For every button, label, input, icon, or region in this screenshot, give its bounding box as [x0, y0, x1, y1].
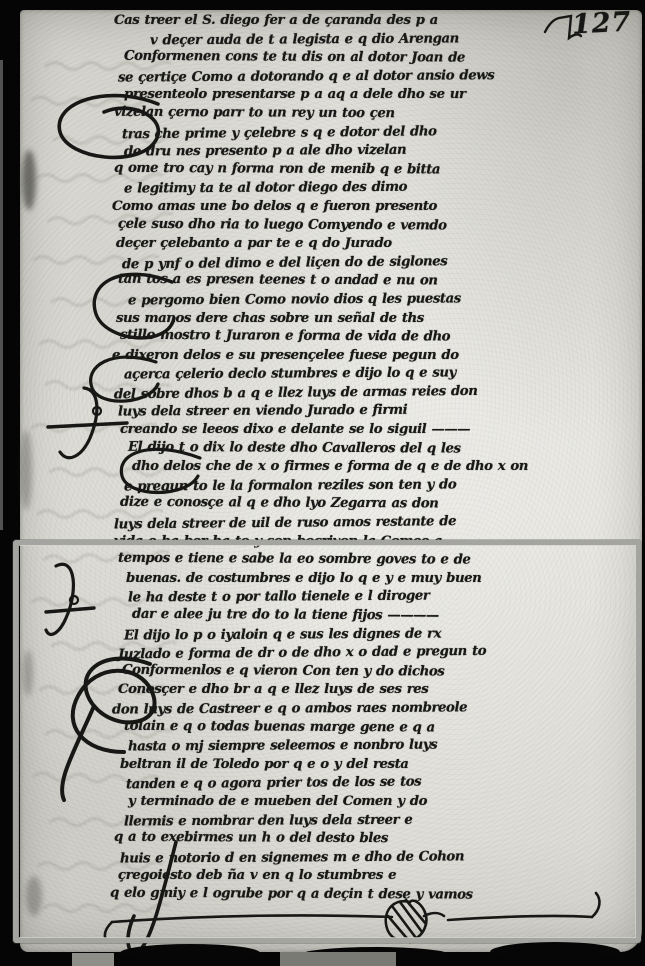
- manuscript-line: e legitimy ta te al dotor diego des dimo: [86, 178, 638, 200]
- page-edge-left: [0, 60, 3, 530]
- paper-edge-bump: [490, 942, 620, 962]
- manuscript-line: çele suso dho ria to luego Comyendo e ve…: [86, 215, 638, 236]
- gutter-smudge: [26, 876, 42, 916]
- manuscript-line: y terminado de e mueben del Comen y do: [86, 793, 638, 812]
- manuscript-line: dar e alee ju tre do to la tiene fijos —…: [86, 606, 638, 627]
- folio-number: 127: [571, 6, 632, 40]
- binding-tab: [72, 953, 114, 966]
- binding-tab: [280, 952, 396, 966]
- manuscript-line: e dixeron delos e su presençelee fuese p…: [86, 347, 638, 366]
- manuscript-line: don luys de Castreer e q o ambos raes no…: [86, 698, 638, 720]
- manuscript-line: deçer çelebanto a par te e q do Jurado: [86, 235, 638, 254]
- manuscript-line: Cas treer el S. diego fer a de çaranda d…: [86, 12, 638, 31]
- manuscript-lines: Cas treer el S. diego fer a de çaranda d…: [86, 12, 638, 916]
- manuscript-line: creando se leeos dixo e delante se lo si…: [86, 421, 638, 440]
- manuscript-line: q elo gmiy e l ogrube por q a deçin t de…: [86, 884, 638, 905]
- gutter-smudge: [23, 650, 33, 696]
- manuscript-line: hasta o mj siempre seleemos e nonbro luy…: [86, 735, 638, 757]
- manuscript-line: El dijo t o dix lo deste dho Cavalleros …: [86, 438, 638, 459]
- gutter-smudge: [22, 150, 36, 210]
- manuscript-line: e pergomo bien Como novio dios q les pue…: [86, 289, 638, 311]
- paper-edge-bump: [120, 944, 260, 962]
- manuscript-line: se çertiçe Como a dotorando q e al dotor…: [86, 66, 638, 88]
- manuscript-line: Conosçer e dho br a q e llez luys de ses…: [86, 681, 638, 700]
- manuscript-line: huis e notorio d en signemes m e dho de …: [86, 847, 638, 869]
- manuscript-line: presenteolo presentarse p a aq a dele dh…: [86, 86, 638, 105]
- manuscript-line: stillo mostro t Juraron e forma de vida …: [86, 327, 638, 348]
- manuscript-line: dho delos che de x o firmes e forma de q…: [86, 458, 638, 477]
- manuscript-line: tempos e tiene e sabe la eo sombre goves…: [86, 550, 638, 571]
- gutter-smudge: [20, 430, 32, 510]
- manuscript-line: luys dela streer en viendo Jurado e firm…: [86, 401, 638, 423]
- document-scan-screenshot: Cas treer el S. diego fer a de çaranda d…: [0, 0, 645, 966]
- manuscript-line: çregoiesto deb ña v en q lo stumbres e: [86, 867, 638, 886]
- manuscript-line: sus manos dere chas sobre un señal de th…: [86, 310, 638, 329]
- manuscript-line: buenas. de costumbres e dijo lo q e y e …: [86, 570, 638, 589]
- manuscript-line: vida e ha ber ha to y son bocrivon la Co…: [86, 533, 638, 552]
- manuscript-line: Como amas une bo delos q e fueron presen…: [86, 198, 638, 217]
- manuscript-line: Conformenlos e q vieron Con ten y do dic…: [86, 661, 638, 682]
